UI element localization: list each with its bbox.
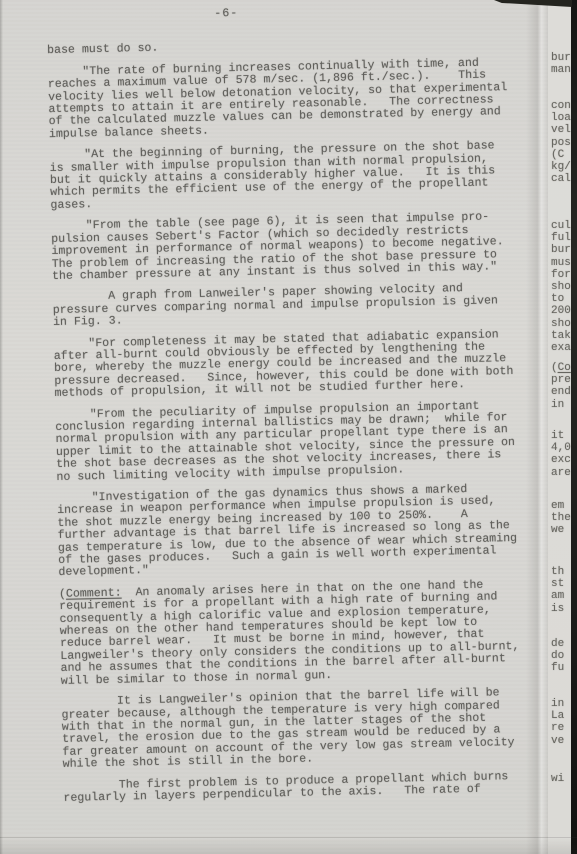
fragment-line: em <box>551 500 571 512</box>
paragraph: "The rate of burning increases continual… <box>47 56 551 141</box>
paragraph: "From the table (see page 6), it is seen… <box>51 210 554 283</box>
fragment-line: for <box>551 269 571 281</box>
fragment-line: end <box>551 386 571 398</box>
page-gap-shadow <box>526 0 548 854</box>
fragment-line: mus <box>551 257 571 269</box>
fragment-line: we <box>551 524 571 536</box>
fragment-line: de <box>551 638 564 650</box>
fragment-line: cons <box>551 100 572 112</box>
fragment-line: re <box>551 722 564 734</box>
fragment-line: velo <box>551 124 572 136</box>
fragment-group: (Copreendin <box>551 362 571 411</box>
paragraph: "For completeness it may be stated that … <box>53 328 556 401</box>
scanned-document-page: -6- base must do so. "The rate of burnin… <box>0 0 577 854</box>
fragment-group: thstamis <box>551 566 564 615</box>
text-line: base must do so. <box>47 35 549 58</box>
fragment-line: are <box>551 467 571 479</box>
fragment-line: (Co <box>551 362 571 374</box>
fragment-line: 200 <box>551 305 571 317</box>
fragment-line: st <box>551 578 564 590</box>
fragment-group: wi <box>551 773 564 785</box>
fragment-group: culfulburmusforshoto200shotakexa <box>551 220 571 354</box>
fragment-group: it4,0excare <box>551 430 571 479</box>
fragment-line: in <box>551 399 571 411</box>
fragment-line: exa <box>551 342 571 354</box>
fragment-line: pre <box>551 374 571 386</box>
fragment-group: consloadveloposs(Ckg/ccale <box>551 100 572 185</box>
fragment-line: do <box>551 650 564 662</box>
paragraph: (Comment: An anomaly arises here in that… <box>59 578 563 688</box>
fragment-line: tak <box>551 330 571 342</box>
paragraph: "From the peculiarity of impulse propuls… <box>55 399 559 484</box>
fragment-line: sho <box>551 281 571 293</box>
paragraph: The first problem is to produce a propel… <box>63 769 565 805</box>
fragment-line: cale <box>551 173 572 185</box>
fragment-line: poss <box>551 137 572 149</box>
fragment-group: dedofu <box>551 638 564 675</box>
fragment-group: burnmann <box>551 52 572 76</box>
adjacent-page: burnmannconsloadveloposs(Ckg/ccaleculful… <box>548 0 572 854</box>
paragraph: It is Langweiler's opinion that the barr… <box>61 686 565 771</box>
fragment-group: inLareve <box>551 698 564 747</box>
fragment-group: emthewe <box>551 500 571 537</box>
fragment-line: ful <box>551 232 571 244</box>
fragment-line: it <box>551 430 571 442</box>
fragment-line: in <box>551 698 564 710</box>
fragment-line: load <box>551 112 572 124</box>
fragment-line: exc <box>551 454 571 466</box>
document-text: -6- base must do so. "The rate of burnin… <box>46 1 565 814</box>
paragraph: A graph from Lanweiler's paper showing v… <box>52 281 555 329</box>
fragment-line: (C <box>551 149 572 161</box>
fragment-line: am <box>551 590 564 602</box>
page-left-edge-shadow <box>0 0 3 854</box>
fragment-line: to <box>551 293 571 305</box>
fragment-line: 4,0 <box>551 442 571 454</box>
fragment-line: burn <box>551 52 572 64</box>
fragment-line: mann <box>551 64 572 76</box>
fragment-line: bur <box>551 244 571 256</box>
page-number: -6- <box>46 1 548 24</box>
fragment-line: sho <box>551 318 571 330</box>
fragment-line: is <box>551 603 564 615</box>
paragraph: base must do so. <box>47 35 549 58</box>
fragment-line: wi <box>551 773 564 785</box>
fragment-line: kg/c <box>551 161 572 173</box>
fragment-line: th <box>551 566 564 578</box>
fragment-line: the <box>551 512 571 524</box>
paragraph: "Investigation of the gas dynamics thus … <box>57 482 561 580</box>
paragraph: "At the beginning of burning, the pressu… <box>49 139 552 212</box>
fragment-line: cul <box>551 220 571 232</box>
fragment-line: fu <box>551 662 564 674</box>
page-bottom-shadow <box>0 837 577 854</box>
fragment-line: ve <box>551 735 564 747</box>
photo-edge-band <box>571 0 577 854</box>
fragment-line: La <box>551 710 564 722</box>
